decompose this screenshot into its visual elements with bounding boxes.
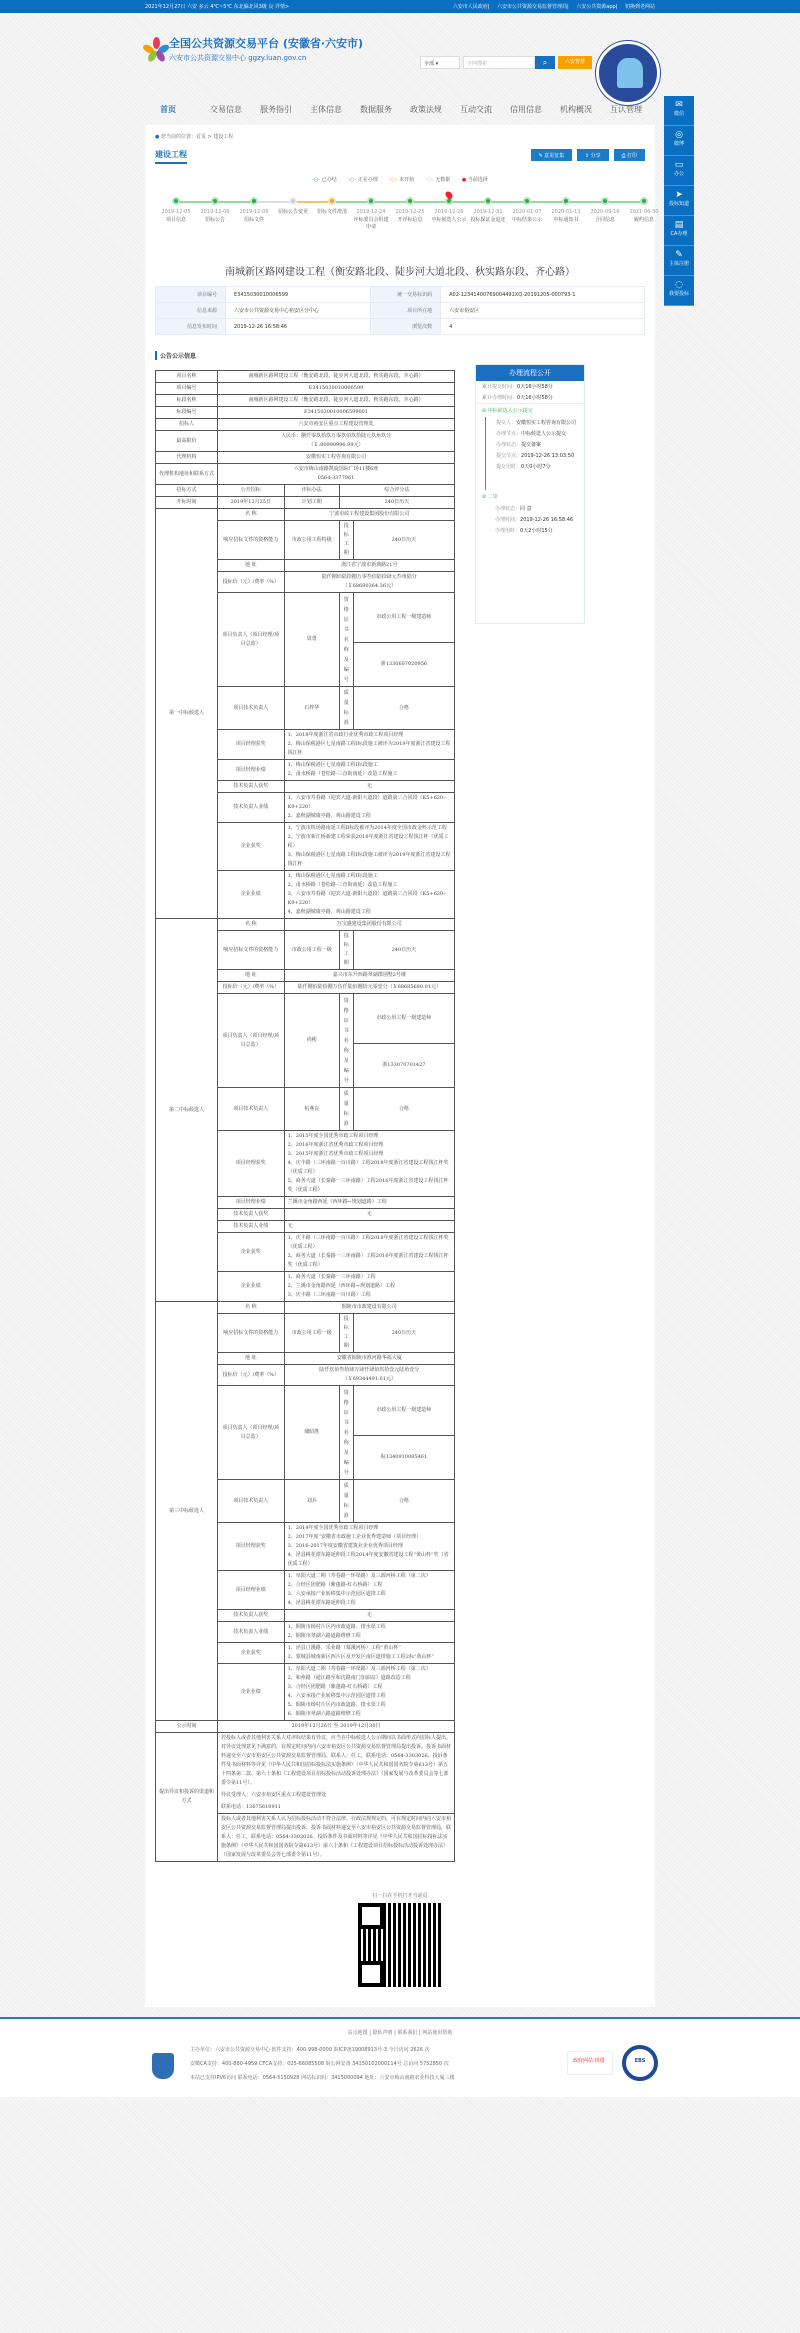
date-weather: 2021年12月27日 六安 多云 4℃~5℃ 东北偏北风3级 良 详情>	[145, 3, 289, 10]
side-bid[interactable]: ◌我要投标	[664, 276, 694, 306]
header: 全国公共资源交易平台 (安徽省·六安市) 六安市公共资源交易中心 ggzy.lu…	[0, 13, 800, 63]
timeline-node[interactable]: 2019-12-06招标文件	[235, 197, 273, 224]
status-dot-icon	[367, 197, 375, 205]
breadcrumb: ● 您当前的位置：首页 > 建设工程	[155, 125, 645, 140]
main-content: ● 您当前的位置：首页 > 建设工程 建设工程 ✎ 意见征集 ⇪ 分享 ⎙ 打印…	[145, 125, 655, 2007]
qr-section: 扫一扫在手机打开当前页	[155, 1892, 645, 1987]
status-dot-icon	[328, 197, 336, 205]
side-office[interactable]: ▭办公	[664, 156, 694, 186]
print-icon: ⎙	[622, 153, 626, 159]
timeline-node[interactable]: 2019-12-26中标候选人公示	[430, 197, 468, 224]
timeline-node[interactable]: 2019-12-06招标公告	[196, 197, 234, 224]
timeline-node[interactable]: 2020-09-16合同信息	[586, 197, 624, 224]
gov-site-error-badge[interactable]: 政府网站 找错	[567, 2051, 613, 2075]
nav-credit[interactable]: 信用信息	[510, 104, 560, 115]
top-bar: 2021年12月27日 六安 多云 4℃~5℃ 东北偏北风3级 良 详情> 六安…	[0, 0, 800, 13]
search-bar: 全部 ▾ 全网搜索 ⌕ 六安智慧	[420, 56, 592, 69]
section-title: 公告公示信息	[155, 351, 645, 360]
party-shield-icon[interactable]	[152, 2053, 174, 2079]
footer-link[interactable]: 网站使用帮助	[422, 2030, 452, 2036]
timeline-node[interactable]: 2019-12-31投标保证金退还	[469, 197, 507, 224]
top-link[interactable]: 切换到老网站	[625, 4, 655, 10]
process-timeline: 2019-12-05项目信息2019-12-06招标公告2019-12-06招标…	[155, 187, 645, 259]
edit-icon: ✎	[539, 153, 543, 159]
nav-service-guide[interactable]: 服务指引	[260, 104, 310, 115]
footer-link[interactable]: 隐私声明	[373, 2030, 393, 2036]
main-nav: 首页 交易信息 服务指引 主体信息 数据服务 政策法规 互动交流 信用信息 机构…	[160, 104, 660, 115]
top-link[interactable]: 六安公共资源app	[576, 4, 615, 10]
monitor-icon: ▭	[664, 160, 694, 170]
top-links: 六安市人民政府| 六安市公共资源交易监督管理局| 六安公共资源app| 切换到老…	[447, 3, 655, 10]
nav-data-service[interactable]: 数据服务	[360, 104, 410, 115]
status-dot-icon	[406, 197, 414, 205]
search-input[interactable]: 全网搜索	[463, 56, 535, 69]
timeline-node[interactable]: 2019-12-25开评标信息	[391, 197, 429, 224]
emblem-logo	[596, 41, 660, 105]
search-icon: ⌕	[543, 58, 547, 67]
nav-home[interactable]: 首页	[160, 104, 210, 115]
footer-link[interactable]: 站点地图	[348, 2030, 368, 2036]
timeline-node[interactable]: 2019-12-24评标委员会组建申请	[352, 197, 390, 231]
status-dot-icon	[484, 197, 492, 205]
timeline-node[interactable]: 2021-06-30履约信息	[625, 197, 663, 224]
nav-interaction[interactable]: 互动交流	[460, 104, 510, 115]
site-title: 全国公共资源交易平台 (安徽省·六安市)	[169, 35, 363, 51]
location-pin-icon: ●	[155, 134, 159, 140]
top-link[interactable]: 六安市公共资源交易监督管理局	[497, 4, 567, 10]
timeline-node[interactable]: 2020-01-07中标结果公示	[508, 197, 546, 224]
timeline-node[interactable]: 招标公告变更	[274, 197, 312, 216]
paper-plane-icon: ➤	[664, 190, 694, 200]
check-circle-icon: ⊘	[482, 494, 486, 500]
status-dot-icon	[211, 197, 219, 205]
share-button[interactable]: ⇪ 分享	[577, 149, 609, 161]
feedback-button[interactable]: ✎ 意见征集	[531, 149, 573, 161]
footer-link[interactable]: 联系我们	[397, 2030, 417, 2036]
side-bid-know[interactable]: ➤投标知道	[664, 186, 694, 216]
search-scope-select[interactable]: 全部 ▾	[420, 56, 460, 69]
side-ca[interactable]: ▤CA办理	[664, 216, 694, 246]
luan-service-button[interactable]: 六安智慧	[558, 56, 592, 69]
process-flow-panel: 办理流程公开 累计提交时间：0天16小时58分 累计办理时间：0天16小时58分…	[475, 364, 585, 624]
side-weibo[interactable]: ◎微博	[664, 126, 694, 156]
notice-table: 项目名称南城新区路网建设工程（衡安路北段、陡步河大道北段、秋实路东段、齐心路） …	[155, 370, 455, 1862]
flower-logo-icon	[145, 37, 169, 61]
page-title: 建设工程	[155, 149, 187, 164]
timeline-node[interactable]: 招标文件澄清	[313, 197, 351, 216]
site-logo[interactable]: 全国公共资源交易平台 (安徽省·六安市) 六安市公共资源交易中心 ggzy.lu…	[145, 35, 363, 63]
nav-mutual-recognition[interactable]: 互认管理	[610, 104, 660, 115]
site-subtitle: 六安市公共资源交易中心 ggzy.luan.gov.cn	[169, 53, 363, 63]
project-info-table: 项目编号E3415030010006599 统一交易标识码A02-1234140…	[155, 286, 645, 335]
candidate-row: 第二中标候选人名 称万宝盛建设集团股份有限公司	[156, 919, 455, 931]
footer: 站点地图 | 隐私声明 | 联系我们 | 网站使用帮助 主办单位：六安市公共资源…	[0, 2017, 800, 2097]
check-circle-icon: ⊘	[482, 408, 486, 414]
status-dot-icon	[562, 197, 570, 205]
weibo-icon: ◎	[664, 130, 694, 140]
nav-policy[interactable]: 政策法规	[410, 104, 460, 115]
top-link[interactable]: 六安市人民政府	[453, 4, 488, 10]
candidate-row: 第一中标候选人名 称宁波市政工程建设集团股份有限公司	[156, 509, 455, 521]
status-dot-icon	[289, 197, 297, 205]
edit-icon: ✎	[664, 250, 694, 260]
qr-code	[358, 1903, 442, 1987]
status-dot-icon	[250, 197, 258, 205]
status-dot-icon	[601, 197, 609, 205]
side-float-menu: ✉微信 ◎微博 ▭办公 ➤投标知道 ▤CA办理 ✎主体注册 ◌我要投标	[664, 96, 694, 306]
status-dot-icon	[172, 197, 180, 205]
status-dot-icon	[523, 197, 531, 205]
print-button[interactable]: ⎙ 打印	[614, 149, 645, 161]
candidate-row: 第三中标候选人名 称铜陵市市政建设有限公司	[156, 1302, 455, 1314]
timeline-node[interactable]: 2020-01-13中标通知书	[547, 197, 585, 224]
wechat-icon: ✉	[664, 100, 694, 110]
clipboard-icon: ▤	[664, 220, 694, 230]
nav-entity-info[interactable]: 主体信息	[310, 104, 360, 115]
status-dot-icon	[640, 197, 648, 205]
side-wechat[interactable]: ✉微信	[664, 96, 694, 126]
search-button[interactable]: ⌕	[535, 56, 555, 69]
chat-icon: ◌	[664, 280, 694, 290]
project-title: 南城新区路网建设工程（衡安路北段、陡步河大道北段、秋实路东段、齐心路）	[155, 263, 645, 278]
timeline-legend: -○- 已办结 -○- 正在办理 -○- 未开始 -○- 无数据 ● 当前选择	[155, 176, 645, 183]
ebs-badge[interactable]: EBS	[622, 2045, 658, 2081]
nav-trade-info[interactable]: 交易信息	[210, 104, 260, 115]
timeline-node[interactable]: 2019-12-05项目信息	[157, 197, 195, 224]
share-icon: ⇪	[585, 153, 589, 159]
side-register[interactable]: ✎主体注册	[664, 246, 694, 276]
nav-organization[interactable]: 机构概况	[560, 104, 610, 115]
